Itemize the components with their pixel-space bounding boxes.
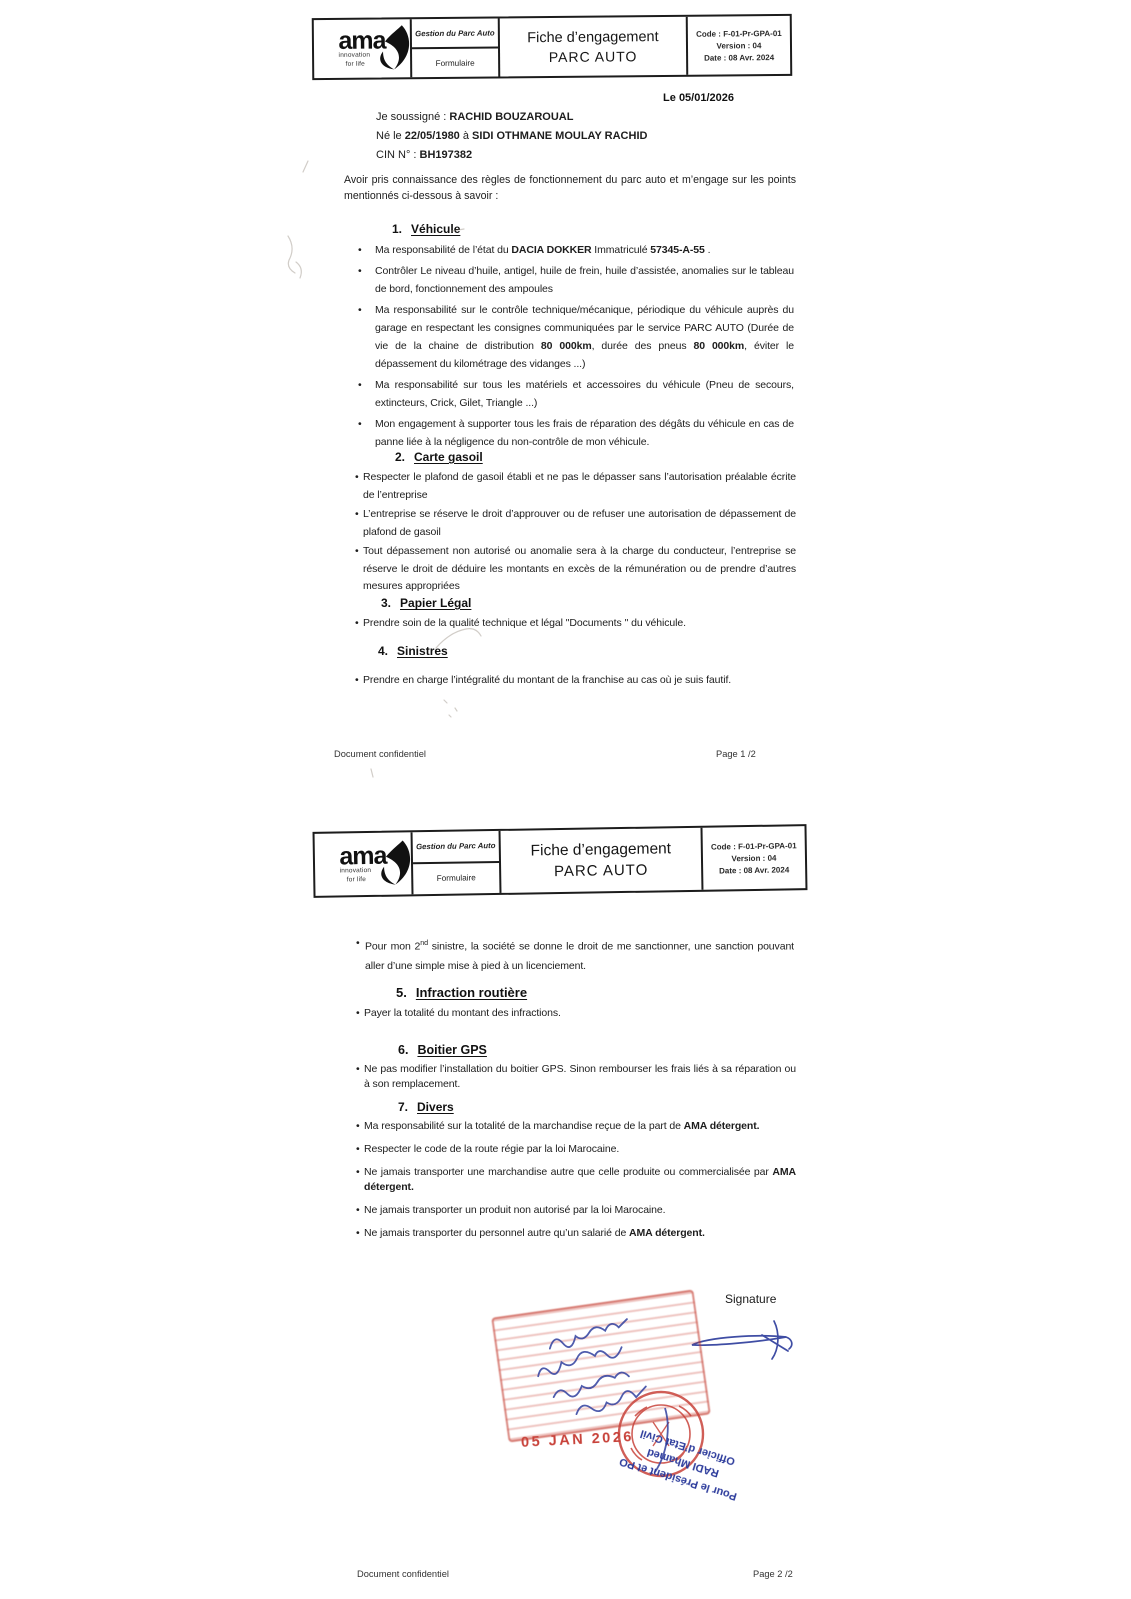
text-segment: Contrôler Le niveau d’huile, antigel, hu… [375, 265, 794, 295]
text-segment: DACIA DOKKER [511, 244, 591, 256]
bullet-text: Payer la totalité du montant des infract… [364, 1005, 561, 1023]
bullet-marker: • [355, 615, 363, 633]
bullet-list: •Prendre en charge l’intégralité du mont… [355, 672, 796, 690]
text-segment: à [460, 130, 472, 142]
text-segment: Ne pas modifier l’installation du boitie… [364, 1063, 796, 1090]
section-number: 6. [398, 1043, 408, 1057]
bullet-text: Ne jamais transporter une marchandise au… [364, 1165, 796, 1195]
bullet-marker: • [356, 1165, 364, 1195]
page1-header-table: ama innovation for life Gestion du Parc … [312, 14, 793, 80]
bullet-marker: • [358, 376, 375, 412]
bullet-list: •Ne pas modifier l’installation du boiti… [356, 1062, 796, 1092]
bullet-text: Respecter le code de la route régie par … [364, 1142, 619, 1157]
text-segment: RACHID BOUZAROUAL [449, 111, 573, 123]
text-segment: L’entreprise se réserve le droit d’appro… [363, 508, 796, 538]
bullet-item: •Prendre soin de la qualité technique et… [355, 615, 796, 633]
text-segment: AMA détergent. [684, 1120, 760, 1132]
text-segment: Respecter le code de la route régie par … [364, 1143, 619, 1155]
section-infraction: 5.Infraction routière•Payer la totalité … [356, 985, 794, 1025]
text-segment: Tout dépassement non autorisé ou anomali… [363, 545, 796, 592]
bullet-item: •Ma responsabilité sur le contrôle techn… [358, 301, 796, 373]
title-cell: Fiche d’engagement PARC AUTO [499, 828, 702, 893]
bullet-list: •Ma responsabilité sur la totalité de la… [356, 1119, 796, 1241]
section-number: 7. [398, 1100, 408, 1114]
dept-cell: Gestion du Parc Auto Formulaire [411, 831, 500, 894]
section-heading: 5.Infraction routière [396, 985, 794, 1000]
bullet-text: Ne jamais transporter un produit non aut… [364, 1203, 665, 1218]
bullet-list: •Ma responsabilité de l’état du DACIA DO… [358, 241, 796, 451]
bullet-marker: • [356, 1226, 364, 1241]
bullet-list: •Payer la totalité du montant des infrac… [356, 1005, 794, 1023]
section-number: 2. [395, 450, 405, 464]
bullet-marker: • [355, 506, 363, 541]
bullet-marker: • [356, 1062, 364, 1092]
section-number: 1. [392, 222, 402, 236]
text-segment: 57345-A-55 [650, 244, 704, 256]
section-title: Véhicule [411, 222, 460, 236]
section-title: Carte gasoil [414, 450, 483, 464]
bullet-text: Respecter le plafond de gasoil établi et… [363, 469, 796, 504]
bullet-item: •Ma responsabilité de l’état du DACIA DO… [358, 241, 796, 259]
code-cell: Code : F-01-Pr-GPA-01 Version : 04 Date … [686, 16, 791, 75]
section-heading: 3.Papier Légal [381, 596, 796, 610]
bullet-item: •Ne pas modifier l’installation du boiti… [356, 1062, 796, 1092]
bullet-item: • Pour mon 2nd sinistre, la société se d… [356, 934, 794, 976]
logo-cell: ama innovation for life [314, 19, 411, 78]
scanned-document: ama innovation for life Gestion du Parc … [0, 0, 1131, 1599]
text-segment: Né le [376, 130, 405, 142]
bullet-item: •Ne jamais transporter du personnel autr… [356, 1226, 796, 1241]
text-segment: BH197382 [420, 149, 473, 161]
bullet-item: •Contrôler Le niveau d’huile, antigel, h… [358, 262, 796, 298]
text-segment: Pour mon 2 [365, 941, 420, 953]
page1-footer-left: Document confidentiel [334, 749, 426, 759]
bullet-marker: • [356, 1203, 364, 1218]
text-segment: Mon engagement à supporter tous les frai… [375, 418, 794, 448]
section-number: 4. [378, 644, 388, 658]
section-heading: 1.Véhicule [392, 222, 796, 236]
text-segment: Ma responsabilité sur tous les matériels… [375, 379, 794, 409]
bullet-text: Ma responsabilité sur la totalité de la … [364, 1119, 759, 1134]
bullet-item: •Ne jamais transporter une marchandise a… [356, 1165, 796, 1195]
bullet-marker: • [355, 672, 363, 690]
text-segment: 22/05/1980 [405, 130, 460, 142]
section-title: Boitier GPS [417, 1043, 486, 1057]
text-segment: 80 000km [541, 340, 592, 352]
bullet-text: Tout dépassement non autorisé ou anomali… [363, 543, 796, 596]
page2: ama innovation for life Gestion du Parc … [313, 828, 807, 894]
section-heading: 6.Boitier GPS [398, 1043, 796, 1057]
page1-footer-right: Page 1 /2 [716, 749, 756, 759]
text-segment: Ma responsabilité sur la totalité de la … [364, 1120, 684, 1132]
dept-label: Gestion du Parc Auto [412, 18, 498, 49]
intro-line: Je soussigné : RACHID BOUZAROUAL [376, 111, 796, 123]
bullet-item: •Ma responsabilité sur tous les matériel… [358, 376, 796, 412]
doc-type-label: Formulaire [412, 49, 498, 78]
section-sinistres: 4.Sinistres•Prendre en charge l’intégral… [355, 644, 796, 692]
logo-cell: ama innovation for life [315, 832, 412, 896]
doc-title-line2: PARC AUTO [549, 48, 638, 65]
doc-date: Date : 08 Avr. 2024 [719, 865, 789, 875]
section-heading: 7.Divers [398, 1100, 796, 1114]
doc-title-line1: Fiche d’engagement [527, 29, 659, 46]
leaf-icon [375, 25, 409, 77]
page1-intro-block: Je soussigné : RACHID BOUZAROUAL Né le 2… [376, 111, 796, 168]
bullet-list: •Prendre soin de la qualité technique et… [355, 615, 796, 633]
bullet-marker: • [356, 1119, 364, 1134]
page1-preamble: Avoir pris connaissance des règles de fo… [344, 172, 796, 205]
text-segment: Je soussigné : [376, 111, 449, 123]
text-segment: Ma responsabilité de l’état du [375, 244, 511, 256]
text-segment: Prendre en charge l’intégralité du monta… [363, 674, 731, 686]
page2-footer-left: Document confidentiel [357, 1569, 449, 1579]
page1: ama innovation for life Gestion du Parc … [312, 16, 792, 78]
bullet-marker: • [356, 934, 365, 976]
page2-footer-right: Page 2 /2 [753, 1569, 793, 1579]
section-title: Divers [417, 1100, 454, 1114]
page2-header-table: ama innovation for life Gestion du Parc … [313, 824, 808, 898]
intro-line: CIN N° : BH197382 [376, 149, 796, 161]
section-title: Papier Légal [400, 596, 471, 610]
text-segment: , durée des pneus [592, 340, 694, 352]
bullet-text: Mon engagement à supporter tous les frai… [375, 415, 796, 451]
bullet-marker: • [358, 262, 375, 298]
bullet-item: •Prendre en charge l’intégralité du mont… [355, 672, 796, 690]
dept-label: Gestion du Parc Auto [413, 831, 499, 864]
bullet-text: Pour mon 2nd sinistre, la société se don… [365, 934, 794, 976]
leaf-icon [376, 840, 411, 893]
text-segment: 80 000km [693, 340, 744, 352]
bullet-item: •Tout dépassement non autorisé ou anomal… [355, 543, 796, 596]
bullet-text: Ne jamais transporter du personnel autre… [364, 1226, 705, 1241]
intro-line: Né le 22/05/1980 à SIDI OTHMANE MOULAY R… [376, 130, 796, 142]
section-vehicule: 1.Véhicule•Ma responsabilité de l’état d… [358, 222, 796, 454]
doc-code: Code : F-01-Pr-GPA-01 [711, 841, 797, 851]
bullet-text: Ne pas modifier l’installation du boitie… [364, 1062, 796, 1092]
section-heading: 2.Carte gasoil [395, 450, 796, 464]
bullet-item: •Mon engagement à supporter tous les fra… [358, 415, 796, 451]
bullet-item: •Ma responsabilité sur la totalité de la… [356, 1119, 796, 1134]
text-segment: SIDI OTHMANE MOULAY RACHID [472, 130, 647, 142]
section-heading: 4.Sinistres [378, 644, 796, 658]
doc-title-line2: PARC AUTO [554, 862, 649, 880]
text-segment: Respecter le plafond de gasoil établi et… [363, 471, 796, 501]
ama-logo: ama innovation for life [339, 844, 387, 884]
bullet-marker: • [358, 241, 375, 259]
doc-date: Date : 08 Avr. 2024 [704, 53, 774, 63]
text-segment: Immatriculé [591, 244, 650, 256]
bullet-item: •Respecter le code de la route régie par… [356, 1142, 796, 1157]
bullet-marker: • [358, 415, 375, 451]
bullet-text: L’entreprise se réserve le droit d’appro… [363, 506, 796, 541]
bullet-text: Ma responsabilité sur le contrôle techni… [375, 301, 796, 373]
section-number: 3. [381, 596, 391, 610]
text-segment: Payer la totalité du montant des infract… [364, 1007, 561, 1019]
text-segment: Ne jamais transporter un produit non aut… [364, 1204, 665, 1216]
doc-title-line1: Fiche d’engagement [530, 840, 671, 860]
bullet-item: •Ne jamais transporter un produit non au… [356, 1203, 796, 1218]
code-cell: Code : F-01-Pr-GPA-01 Version : 04 Date … [700, 826, 805, 890]
text-segment: Ne jamais transporter du personnel autre… [364, 1227, 629, 1239]
bullet-text: Ma responsabilité sur tous les matériels… [375, 376, 796, 412]
title-cell: Fiche d’engagement PARC AUTO [498, 17, 686, 77]
section-title: Infraction routière [416, 985, 527, 1000]
bullet-text: Prendre soin de la qualité technique et … [363, 615, 686, 633]
bullet-marker: • [355, 469, 363, 504]
bullet-text: Prendre en charge l’intégralité du monta… [363, 672, 731, 690]
text-segment: . [705, 244, 711, 256]
bullet-marker: • [355, 543, 363, 596]
page1-date-line: Le 05/01/2026 [500, 92, 734, 104]
ama-logo: ama innovation for life [338, 29, 385, 69]
bullet-list: •Respecter le plafond de gasoil établi e… [355, 469, 796, 596]
text-segment: Prendre soin de la qualité technique et … [363, 617, 686, 629]
bullet-marker: • [356, 1142, 364, 1157]
dept-cell: Gestion du Parc Auto Formulaire [410, 18, 499, 77]
text-segment: Ne jamais transporter une marchandise au… [364, 1166, 772, 1178]
section-divers: 7.Divers•Ma responsabilité sur la totali… [356, 1100, 796, 1249]
section-carte-gasoil: 2.Carte gasoil•Respecter le plafond de g… [355, 450, 796, 598]
doc-type-label: Formulaire [413, 863, 499, 894]
text-segment: AMA détergent. [629, 1227, 705, 1239]
bullet-marker: • [358, 301, 375, 373]
text-segment: sinistre, la société se donne le droit d… [365, 941, 794, 972]
doc-version: Version : 04 [731, 853, 776, 863]
section-title: Sinistres [397, 644, 448, 658]
bullet-item: •Payer la totalité du montant des infrac… [356, 1005, 794, 1023]
bullet-text: Ma responsabilité de l’état du DACIA DOK… [375, 241, 712, 259]
doc-version: Version : 04 [716, 41, 761, 50]
text-segment: nd [420, 939, 428, 947]
bullet-item: •Respecter le plafond de gasoil établi e… [355, 469, 796, 504]
page2-lead-bullet: • Pour mon 2nd sinistre, la société se d… [356, 934, 794, 976]
bullet-item: •L’entreprise se réserve le droit d’appr… [355, 506, 796, 541]
bullet-text: Contrôler Le niveau d’huile, antigel, hu… [375, 262, 796, 298]
section-number: 5. [396, 985, 407, 1000]
bullet-marker: • [356, 1005, 364, 1023]
doc-code: Code : F-01-Pr-GPA-01 [696, 28, 782, 38]
text-segment: CIN N° : [376, 149, 420, 161]
section-boitier-gps: 6.Boitier GPS•Ne pas modifier l’installa… [356, 1043, 796, 1094]
section-papier-legal: 3.Papier Légal•Prendre soin de la qualit… [355, 596, 796, 635]
